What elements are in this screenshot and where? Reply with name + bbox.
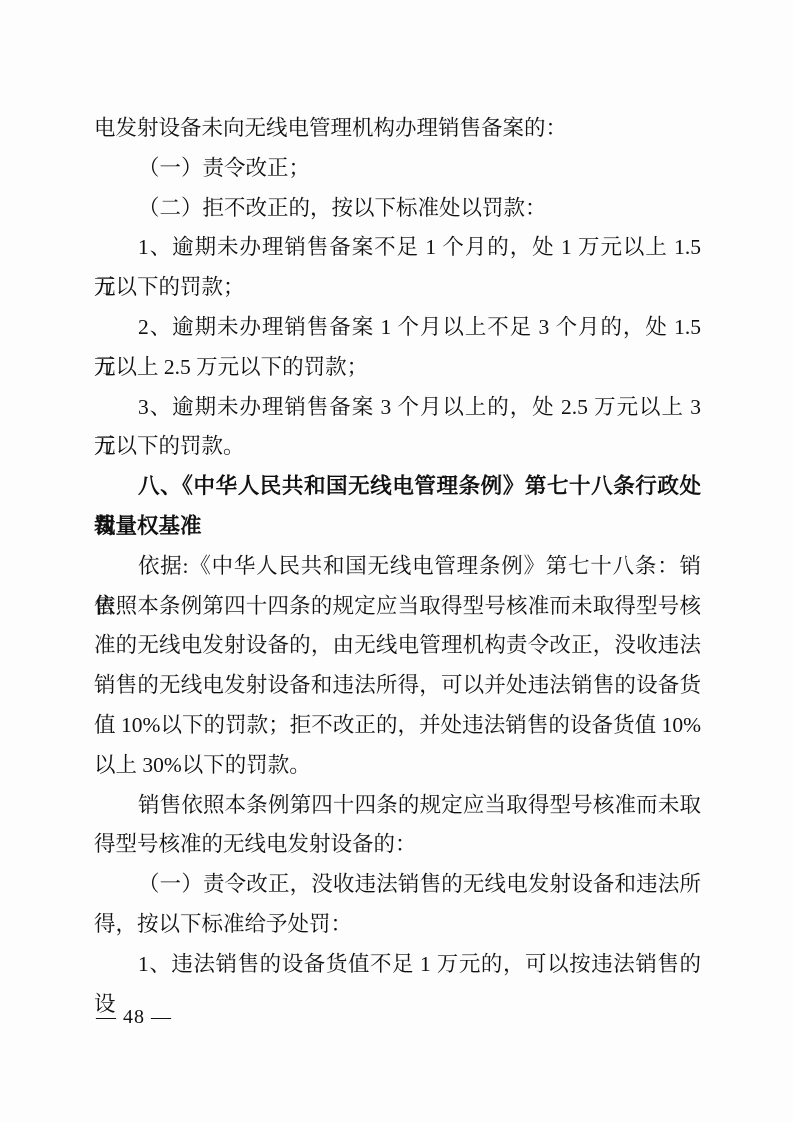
text-line: 依据:《中华人民共和国无线电管理条例》第七十八条：销售 <box>94 547 701 587</box>
page-number: — 48 — <box>96 1006 172 1028</box>
text-line: 以上 30%以下的罚款。 <box>94 746 701 786</box>
page-footer: — 48 — <box>96 1001 172 1033</box>
heading-line: 八、《中华人民共和国无线电管理条例》第七十八条行政处罚 <box>94 467 701 507</box>
document-page: 电发射设备未向无线电管理机构办理销售备案的：（一）责令改正；（二）拒不改正的，按… <box>0 0 793 1122</box>
text-line: 电发射设备未向无线电管理机构办理销售备案的： <box>94 109 701 149</box>
text-line: 元以上 2.5 万元以下的罚款； <box>94 348 701 388</box>
text-line: （一）责令改正； <box>94 149 701 189</box>
text-line: 1、逾期未办理销售备案不足 1 个月的，处 1 万元以上 1.5 万 <box>94 228 701 268</box>
text-line: （一）责令改正，没收违法销售的无线电发射设备和违法所 <box>94 865 701 905</box>
text-line: 3、逾期未办理销售备案 3 个月以上的，处 2.5 万元以上 3 万 <box>94 388 701 428</box>
text-line: 销售的无线电发射设备和违法所得，可以并处违法销售的设备货 <box>94 666 701 706</box>
text-line: 准的无线电发射设备的，由无线电管理机构责令改正，没收违法 <box>94 626 701 666</box>
text-line: 值 10%以下的罚款；拒不改正的，并处违法销售的设备货值 10% <box>94 706 701 746</box>
text-line: 得型号核准的无线电发射设备的： <box>94 825 701 865</box>
text-column: 电发射设备未向无线电管理机构办理销售备案的：（一）责令改正；（二）拒不改正的，按… <box>94 109 701 985</box>
text-line: 1、违法销售的设备货值不足 1 万元的，可以按违法销售的设 <box>94 945 701 985</box>
text-line: 2、逾期未办理销售备案 1 个月以上不足 3 个月的，处 1.5 万 <box>94 308 701 348</box>
text-line: 得，按以下标准给予处罚： <box>94 905 701 945</box>
text-line: 依照本条例第四十四条的规定应当取得型号核准而未取得型号核 <box>94 587 701 627</box>
text-line: 销售依照本条例第四十四条的规定应当取得型号核准而未取 <box>94 786 701 826</box>
heading-line: 裁量权基准 <box>94 507 701 547</box>
text-line: 元以下的罚款。 <box>94 427 701 467</box>
text-line: （二）拒不改正的，按以下标准处以罚款： <box>94 189 701 229</box>
text-line: 元以下的罚款； <box>94 268 701 308</box>
